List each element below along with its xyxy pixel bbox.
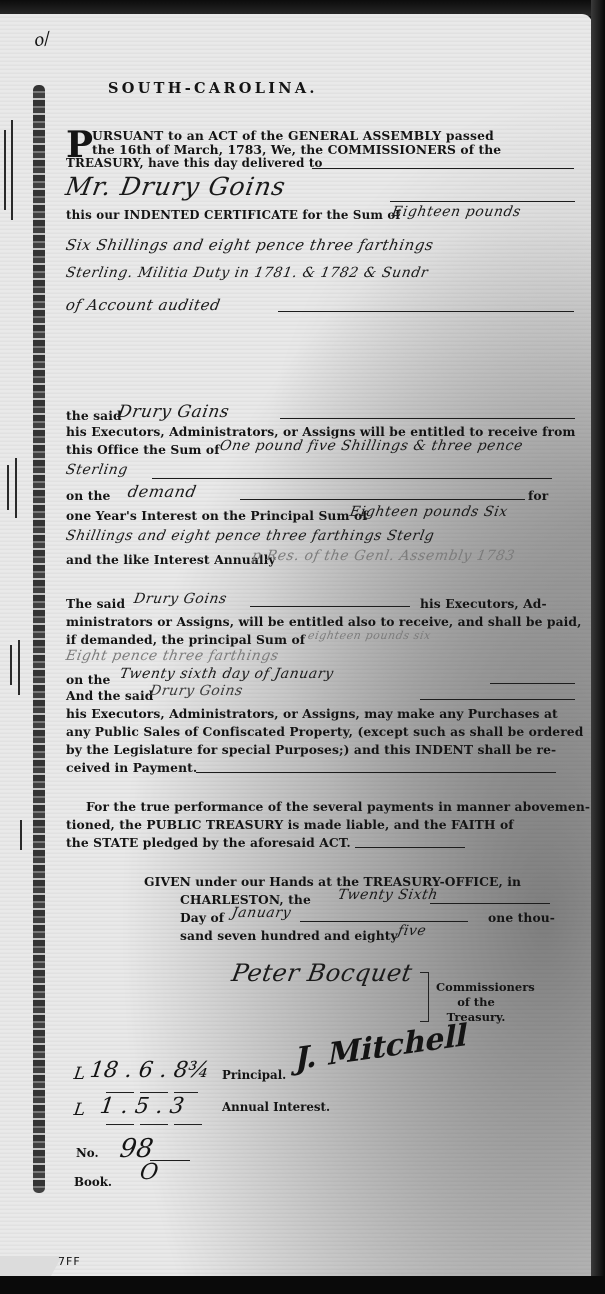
margin-rule: [4, 130, 6, 210]
certificate-sum-4: of Account audited: [66, 296, 220, 314]
principal-name: Drury Goins: [134, 591, 227, 607]
interest-resolution: p Res. of the Genl. Assembly 1783: [252, 548, 515, 564]
given-line-1: GIVEN under our Hands at the TREASURY-OF…: [144, 874, 521, 889]
fill-line: [355, 847, 465, 848]
fill-line: [300, 921, 468, 922]
archive-mark: 7FF: [58, 1255, 81, 1268]
given-line-4-label: sand seven hundred and eighty: [180, 928, 398, 943]
principal-line-6-label: And the said: [66, 688, 153, 703]
signature-commissioner-1: Peter Bocquet: [232, 958, 412, 988]
given-line-3-label: Day of: [180, 910, 224, 925]
given-line-3-end: one thou-: [488, 910, 555, 925]
principal-value: 18 . 6 . 8¾: [88, 1058, 211, 1083]
certificate-sum-2: Six Shillings and eight pence three fart…: [66, 236, 434, 254]
document-title: SOUTH-CAROLINA.: [108, 80, 318, 97]
ledger-rule: [106, 1124, 208, 1125]
interest-value: 1 . 5 . 3: [98, 1094, 185, 1119]
scan-frame-bottom: [0, 1276, 605, 1294]
scan-frame-right: [591, 0, 605, 1294]
interest-line-3-label: this Office the Sum of: [66, 442, 220, 457]
principal-line-8: any Public Sales of Confiscated Property…: [66, 724, 583, 739]
ledger-rule: [150, 1160, 190, 1161]
margin-rule: [15, 458, 17, 518]
principal-line-7: his Executors, Administrators, or Assign…: [66, 706, 558, 721]
principal-label: Principal.: [222, 1068, 286, 1082]
faith-line-3: the STATE pledged by the aforesaid ACT.: [66, 835, 351, 850]
interest-principal-2: Shillings and eight pence three farthing…: [66, 528, 434, 544]
interest-on-label: on the: [66, 488, 110, 503]
interest-sum: One pound five Shillings & three pence: [220, 438, 523, 454]
interest-for: for: [528, 488, 548, 503]
interest-due: demand: [128, 482, 197, 501]
principal-said-name: Drury Goins: [150, 683, 243, 699]
book-value: O: [138, 1160, 160, 1185]
interest-label: Annual Interest.: [222, 1100, 330, 1114]
principal-line-1-end: his Executors, Ad-: [420, 596, 547, 611]
principal-line-9: by the Legislature for special Purposes;…: [66, 742, 556, 757]
interest-principal-1: Eighteen pounds Six: [350, 504, 508, 520]
fill-line: [312, 168, 574, 169]
principal-sum-faint-1: eighteen pounds six: [308, 628, 431, 642]
recipient-handwriting: Mr. Drury Goins: [63, 172, 288, 201]
preamble-line-3: TREASURY, have this day delivered to: [66, 156, 323, 170]
said-name: Drury Gains: [118, 402, 229, 422]
said-label: the said: [66, 408, 122, 423]
book-label: Book.: [74, 1175, 112, 1189]
faith-line-1: For the true performance of the several …: [86, 799, 590, 814]
margin-rule: [7, 465, 9, 510]
interest-line-2: his Executors, Administrators, or Assign…: [66, 424, 576, 439]
commissioners-label-1: Commissioners: [436, 980, 516, 994]
given-year: five: [398, 923, 426, 939]
principal-line-2: ministrators or Assigns, will be entitle…: [66, 614, 582, 629]
certificate-sum-1: Eighteen pounds: [392, 204, 521, 220]
fill-line: [430, 903, 550, 904]
fill-line: [152, 478, 552, 479]
margin-rule: [10, 645, 12, 685]
principal-line-5-label: on the: [66, 672, 110, 687]
fill-line: [280, 418, 575, 419]
commissioners-label-2: of the: [436, 995, 516, 1009]
fill-line: [420, 699, 575, 700]
interest-line-8-label: and the like Interest Annually: [66, 552, 276, 567]
interest-line-6-label: one Year's Interest on the Principal Sum…: [66, 508, 368, 523]
preamble-line-1: URSUANT to an ACT of the GENERAL ASSEMBL…: [92, 128, 494, 143]
recipient-name: Mr. Drury Goins: [66, 172, 286, 201]
number-label: No.: [76, 1146, 99, 1160]
margin-rule: [18, 640, 20, 695]
fill-line: [278, 311, 574, 312]
principal-line-10: ceived in Payment.: [66, 760, 197, 775]
principal-line-3-label: if demanded, the principal Sum of: [66, 632, 305, 647]
interest-currency: Sterling: [66, 462, 128, 478]
given-day: Twenty Sixth: [338, 887, 438, 903]
principal-sum-faint-2: Eight pence three farthings: [66, 648, 279, 664]
fill-line: [240, 499, 525, 500]
signature-bracket: [420, 972, 429, 1022]
commissioners-label-3: Treasury.: [436, 1010, 516, 1024]
margin-rule: [20, 820, 22, 850]
fill-line: [250, 606, 410, 607]
margin-rule: [11, 120, 13, 220]
principal-line-1-label: The said: [66, 596, 125, 611]
preamble-line-2: the 16th of March, 1783, We, the COMMISS…: [92, 142, 501, 157]
faith-line-2: tioned, the PUBLIC TREASURY is made liab…: [66, 817, 514, 832]
given-month: January: [232, 905, 291, 921]
certificate-label: this our INDENTED CERTIFICATE for the Su…: [66, 208, 401, 222]
fill-line: [196, 772, 556, 773]
principal-due-date: Twenty sixth day of January: [120, 666, 334, 682]
fill-line: [490, 683, 575, 684]
fill-line: [390, 201, 575, 202]
indent-ornament-border: [33, 85, 45, 1193]
certificate-sum-3: Sterling. Militia Duty in 1781. & 1782 &…: [66, 265, 428, 281]
